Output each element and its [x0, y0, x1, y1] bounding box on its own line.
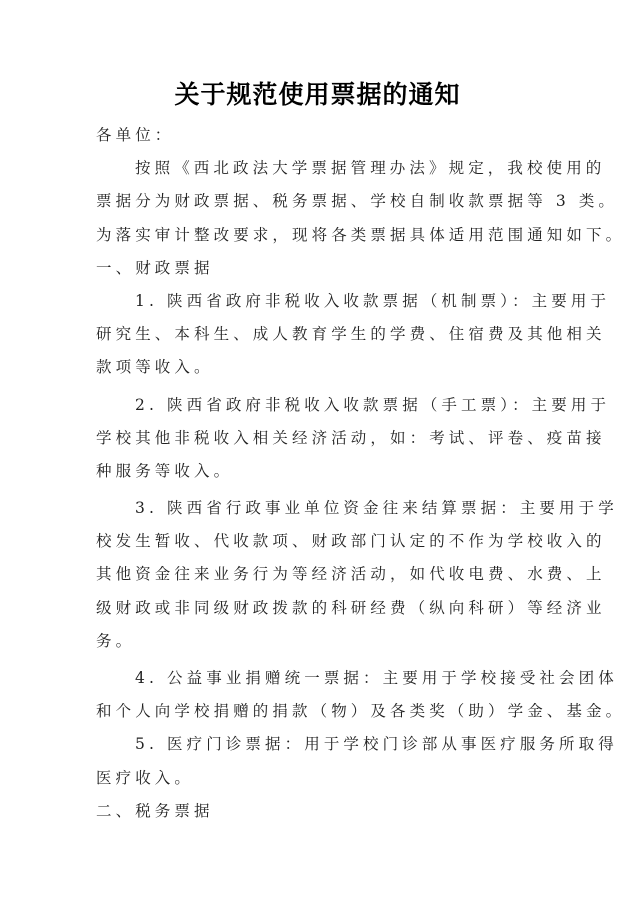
intro-line: 票据分为财政票据、税务票据、学校自制收款票据等 3 类。 [96, 185, 566, 218]
list-item-1: 1. 陕西省政府非税收入收款票据（机制票）：主要用于 研究生、本科生、成人教育学… [96, 285, 566, 385]
intro-line: 按照《西北政法大学票据管理办法》规定，我校使用的 [96, 152, 566, 185]
item-line: 3. 陕西省行政事业单位资金往来结算票据：主要用于学 [96, 492, 566, 525]
list-item-3: 3. 陕西省行政事业单位资金往来结算票据：主要用于学 校发生暂收、代收款项、财政… [96, 492, 566, 658]
section-heading-tax-receipts: 二、税务票据 [96, 795, 566, 828]
list-item-2: 2. 陕西省政府非税收入收款票据（手工票）：主要用于 学校其他非税收入相关经济活… [96, 389, 566, 489]
document-page: 关于规范使用票据的通知 各单位： 按照《西北政法大学票据管理办法》规定，我校使用… [0, 0, 635, 898]
item-line: 务。 [96, 625, 566, 658]
list-item-4: 4. 公益事业捐赠统一票据：主要用于学校接受社会团体 和个人向学校捐赠的捐款（物… [96, 662, 566, 728]
item-line: 校发生暂收、代收款项、财政部门认定的不作为学校收入的 [96, 525, 566, 558]
list-item-5: 5. 医疗门诊票据：用于学校门诊部从事医疗服务所取得 医疗收入。 [96, 728, 566, 794]
item-line: 5. 医疗门诊票据：用于学校门诊部从事医疗服务所取得 [96, 728, 566, 761]
document-title: 关于规范使用票据的通知 [0, 78, 635, 112]
item-line: 款项等收入。 [96, 351, 566, 384]
salutation: 各单位： [96, 119, 566, 152]
item-line: 级财政或非同级财政拨款的科研经费（纵向科研）等经济业 [96, 592, 566, 625]
item-line: 1. 陕西省政府非税收入收款票据（机制票）：主要用于 [96, 285, 566, 318]
document-body: 各单位： 按照《西北政法大学票据管理办法》规定，我校使用的 票据分为财政票据、税… [96, 119, 566, 828]
item-line: 2. 陕西省政府非税收入收款票据（手工票）：主要用于 [96, 389, 566, 422]
item-line: 种服务等收入。 [96, 455, 566, 488]
item-line: 和个人向学校捐赠的捐款（物）及各类奖（助）学金、基金。 [96, 695, 566, 728]
item-line: 医疗收入。 [96, 762, 566, 795]
intro-paragraph: 按照《西北政法大学票据管理办法》规定，我校使用的 票据分为财政票据、税务票据、学… [96, 152, 566, 252]
item-line: 学校其他非税收入相关经济活动，如：考试、评卷、疫苗接 [96, 422, 566, 455]
item-line: 4. 公益事业捐赠统一票据：主要用于学校接受社会团体 [96, 662, 566, 695]
intro-line: 为落实审计整改要求，现将各类票据具体适用范围通知如下。 [96, 219, 566, 252]
item-line: 研究生、本科生、成人教育学生的学费、住宿费及其他相关 [96, 318, 566, 351]
item-line: 其他资金往来业务行为等经济活动，如代收电费、水费、上 [96, 558, 566, 591]
section-heading-fiscal-receipts: 一、财政票据 [96, 252, 566, 285]
